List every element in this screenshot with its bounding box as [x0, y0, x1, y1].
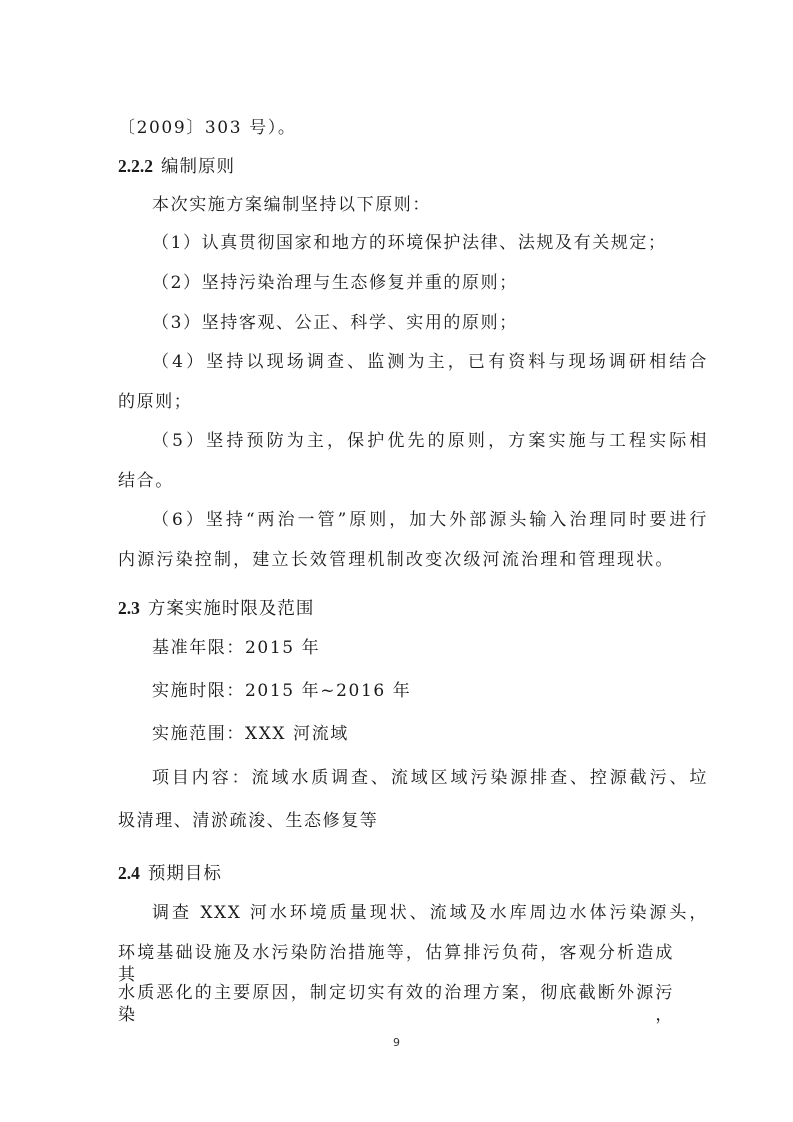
principle-item-3: （3）坚持客观、公正、科学、实用的原则； — [118, 312, 708, 334]
base-year-line: 基准年限：2015 年 — [118, 637, 708, 659]
goal-text-line: 环境基础设施及水污染防治措施等，估算排污负荷，客观分析造成其 — [118, 942, 674, 986]
project-content-line: 项目内容：流域水质调查、流域区域污染源排查、控源截污、垃 — [118, 767, 708, 789]
project-content-line-cont: 圾清理、清淤疏浚、生态修复等 — [118, 810, 674, 832]
principle-item-5: （5）坚持预防为主，保护优先的原则，方案实施与工程实际相 — [118, 430, 708, 452]
section-heading-2-4: 2.4预期目标 — [118, 862, 674, 885]
goal-text-line: 调查 XXX 河水环境质量现状、流域及水库周边水体污染源头， — [118, 902, 708, 924]
section-title: 方案实施时限及范围 — [148, 599, 315, 619]
principle-item-4: （4）坚持以现场调查、监测为主，已有资料与现场调研相结合 — [118, 351, 708, 373]
principle-item-2: （2）坚持污染治理与生态修复并重的原则； — [118, 272, 708, 294]
body-text-line: 〔2009〕303 号）。 — [118, 117, 674, 139]
section-title: 预期目标 — [148, 864, 222, 884]
principle-item-6-cont: 内源污染控制，建立长效管理机制改变次级河流治理和管理现状。 — [118, 549, 674, 571]
principle-item-4-cont: 的原则； — [118, 391, 674, 413]
section-heading-2-3: 2.3方案实施时限及范围 — [118, 597, 674, 620]
section-number: 2.4 — [118, 863, 140, 883]
body-text-line: 本次实施方案编制坚持以下原则： — [118, 194, 708, 216]
goal-text-line: 水质恶化的主要原因，制定切实有效的治理方案，彻底截断外源污染， — [118, 982, 674, 1026]
principle-item-5-cont: 结合。 — [118, 470, 674, 492]
page-number: 9 — [0, 1036, 793, 1049]
section-number: 2.2.2 — [118, 156, 153, 176]
principle-item-6: （6）坚持“两治一管”原则，加大外部源头输入治理同时要进行 — [118, 509, 708, 531]
section-title: 编制原则 — [161, 157, 235, 177]
section-heading-2-2-2: 2.2.2编制原则 — [118, 155, 674, 178]
period-line: 实施时限：2015 年~2016 年 — [118, 680, 708, 702]
principle-item-1: （1）认真贯彻国家和地方的环境保护法律、法规及有关规定； — [118, 232, 708, 254]
scope-line: 实施范围：XXX 河流域 — [118, 723, 708, 745]
section-number: 2.3 — [118, 598, 140, 618]
